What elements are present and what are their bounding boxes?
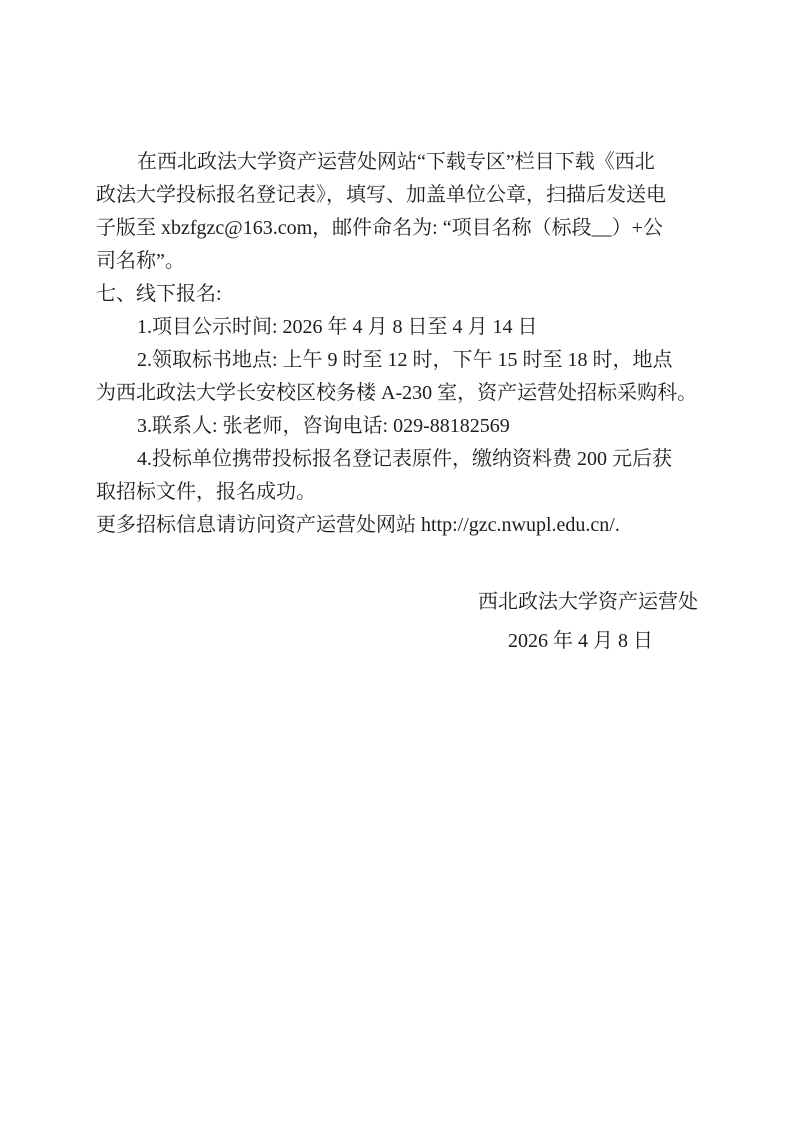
signature-org: 西北政法大学资产运营处 — [96, 586, 698, 619]
paragraph-line: 司名称”。 — [96, 245, 698, 278]
list-item-document-pickup-continued: 为西北政法大学长安校区校务楼 A-230 室，资产运营处招标采购科。 — [96, 377, 698, 410]
paragraph-line: 政法大学投标报名登记表》，填写、加盖单位公章，扫描后发送电 — [96, 179, 698, 212]
signature-block: 西北政法大学资产运营处 2026 年 4 月 8 日 — [96, 586, 698, 658]
list-item-document-pickup: 2.领取标书地点: 上午 9 时至 12 时，下午 15 时至 18 时，地点 — [96, 344, 698, 377]
list-item-contact: 3.联系人: 张老师，咨询电话: 029-88182569 — [96, 410, 698, 443]
paragraph-line: 在西北政法大学资产运营处网站“下载专区”栏目下载《西北 — [96, 146, 698, 179]
more-info-website-line: 更多招标信息请访问资产运营处网站 http://gzc.nwupl.edu.cn… — [96, 509, 698, 542]
signature-date: 2026 年 4 月 8 日 — [96, 625, 698, 658]
list-item-announcement-period: 1.项目公示时间: 2026 年 4 月 8 日至 4 月 14 日 — [96, 311, 698, 344]
list-item-registration-fee: 4.投标单位携带投标报名登记表原件，缴纳资料费 200 元后获 — [96, 443, 698, 476]
document-body: 在西北政法大学资产运营处网站“下载专区”栏目下载《西北 政法大学投标报名登记表》… — [96, 146, 698, 658]
paragraph-line-email: 子版至 xbzfgzc@163.com，邮件命名为: “项目名称（标段__）+公 — [96, 212, 698, 245]
document-page: 在西北政法大学资产运营处网站“下载专区”栏目下载《西北 政法大学投标报名登记表》… — [0, 0, 793, 1122]
list-item-registration-fee-continued: 取招标文件，报名成功。 — [96, 476, 698, 509]
section-heading-offline-registration: 七、线下报名: — [96, 278, 698, 311]
